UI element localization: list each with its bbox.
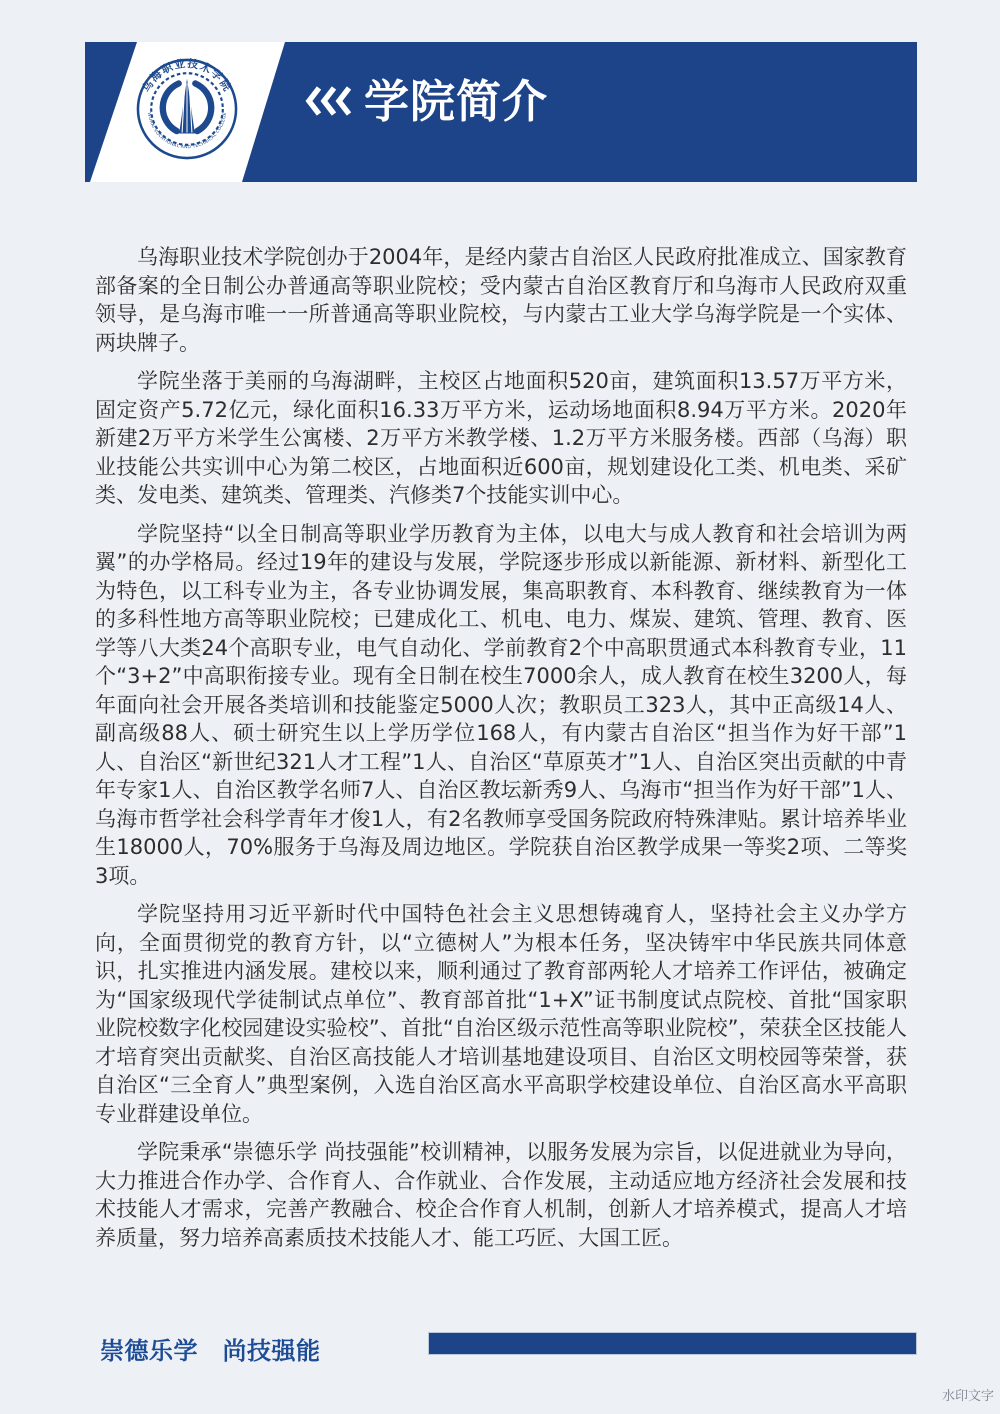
triple-left-chevron-icon (305, 86, 351, 116)
header-title-row: 学院简介 (305, 42, 548, 182)
page-header: 乌海职业技术学院 WUHAI VOCATIONAL AND TECHNICAL … (85, 42, 917, 182)
footer-accent-bar (428, 1332, 917, 1355)
paragraph-4: 学院坚持用习近平新时代中国特色社会主义思想铸魂育人，坚持社会主义办学方向，全面贯… (95, 900, 907, 1128)
watermark-text: 水印文字 (942, 1385, 994, 1404)
paragraph-2: 学院坐落于美丽的乌海湖畔，主校区占地面积520亩，建筑面积13.57万平方米，固… (95, 367, 907, 510)
college-seal-logo-icon: 乌海职业技术学院 WUHAI VOCATIONAL AND TECHNICAL … (136, 58, 238, 160)
body-text: 乌海职业技术学院创办于2004年，是经内蒙古自治区人民政府批准成立、国家教育部备… (95, 243, 907, 1262)
footer-motto: 崇德乐学 尚技强能 (100, 1331, 321, 1366)
paragraph-1: 乌海职业技术学院创办于2004年，是经内蒙古自治区人民政府批准成立、国家教育部备… (95, 243, 907, 357)
document-page: 乌海职业技术学院 WUHAI VOCATIONAL AND TECHNICAL … (0, 0, 1000, 1414)
paragraph-5: 学院秉承“崇德乐学 尚技强能”校训精神，以服务发展为宗旨，以促进就业为导向，大力… (95, 1138, 907, 1252)
paragraph-3: 学院坚持“以全日制高等职业学历教育为主体，以电大与成人教育和社会培训为两翼”的办… (95, 520, 907, 891)
page-title: 学院简介 (364, 79, 548, 124)
